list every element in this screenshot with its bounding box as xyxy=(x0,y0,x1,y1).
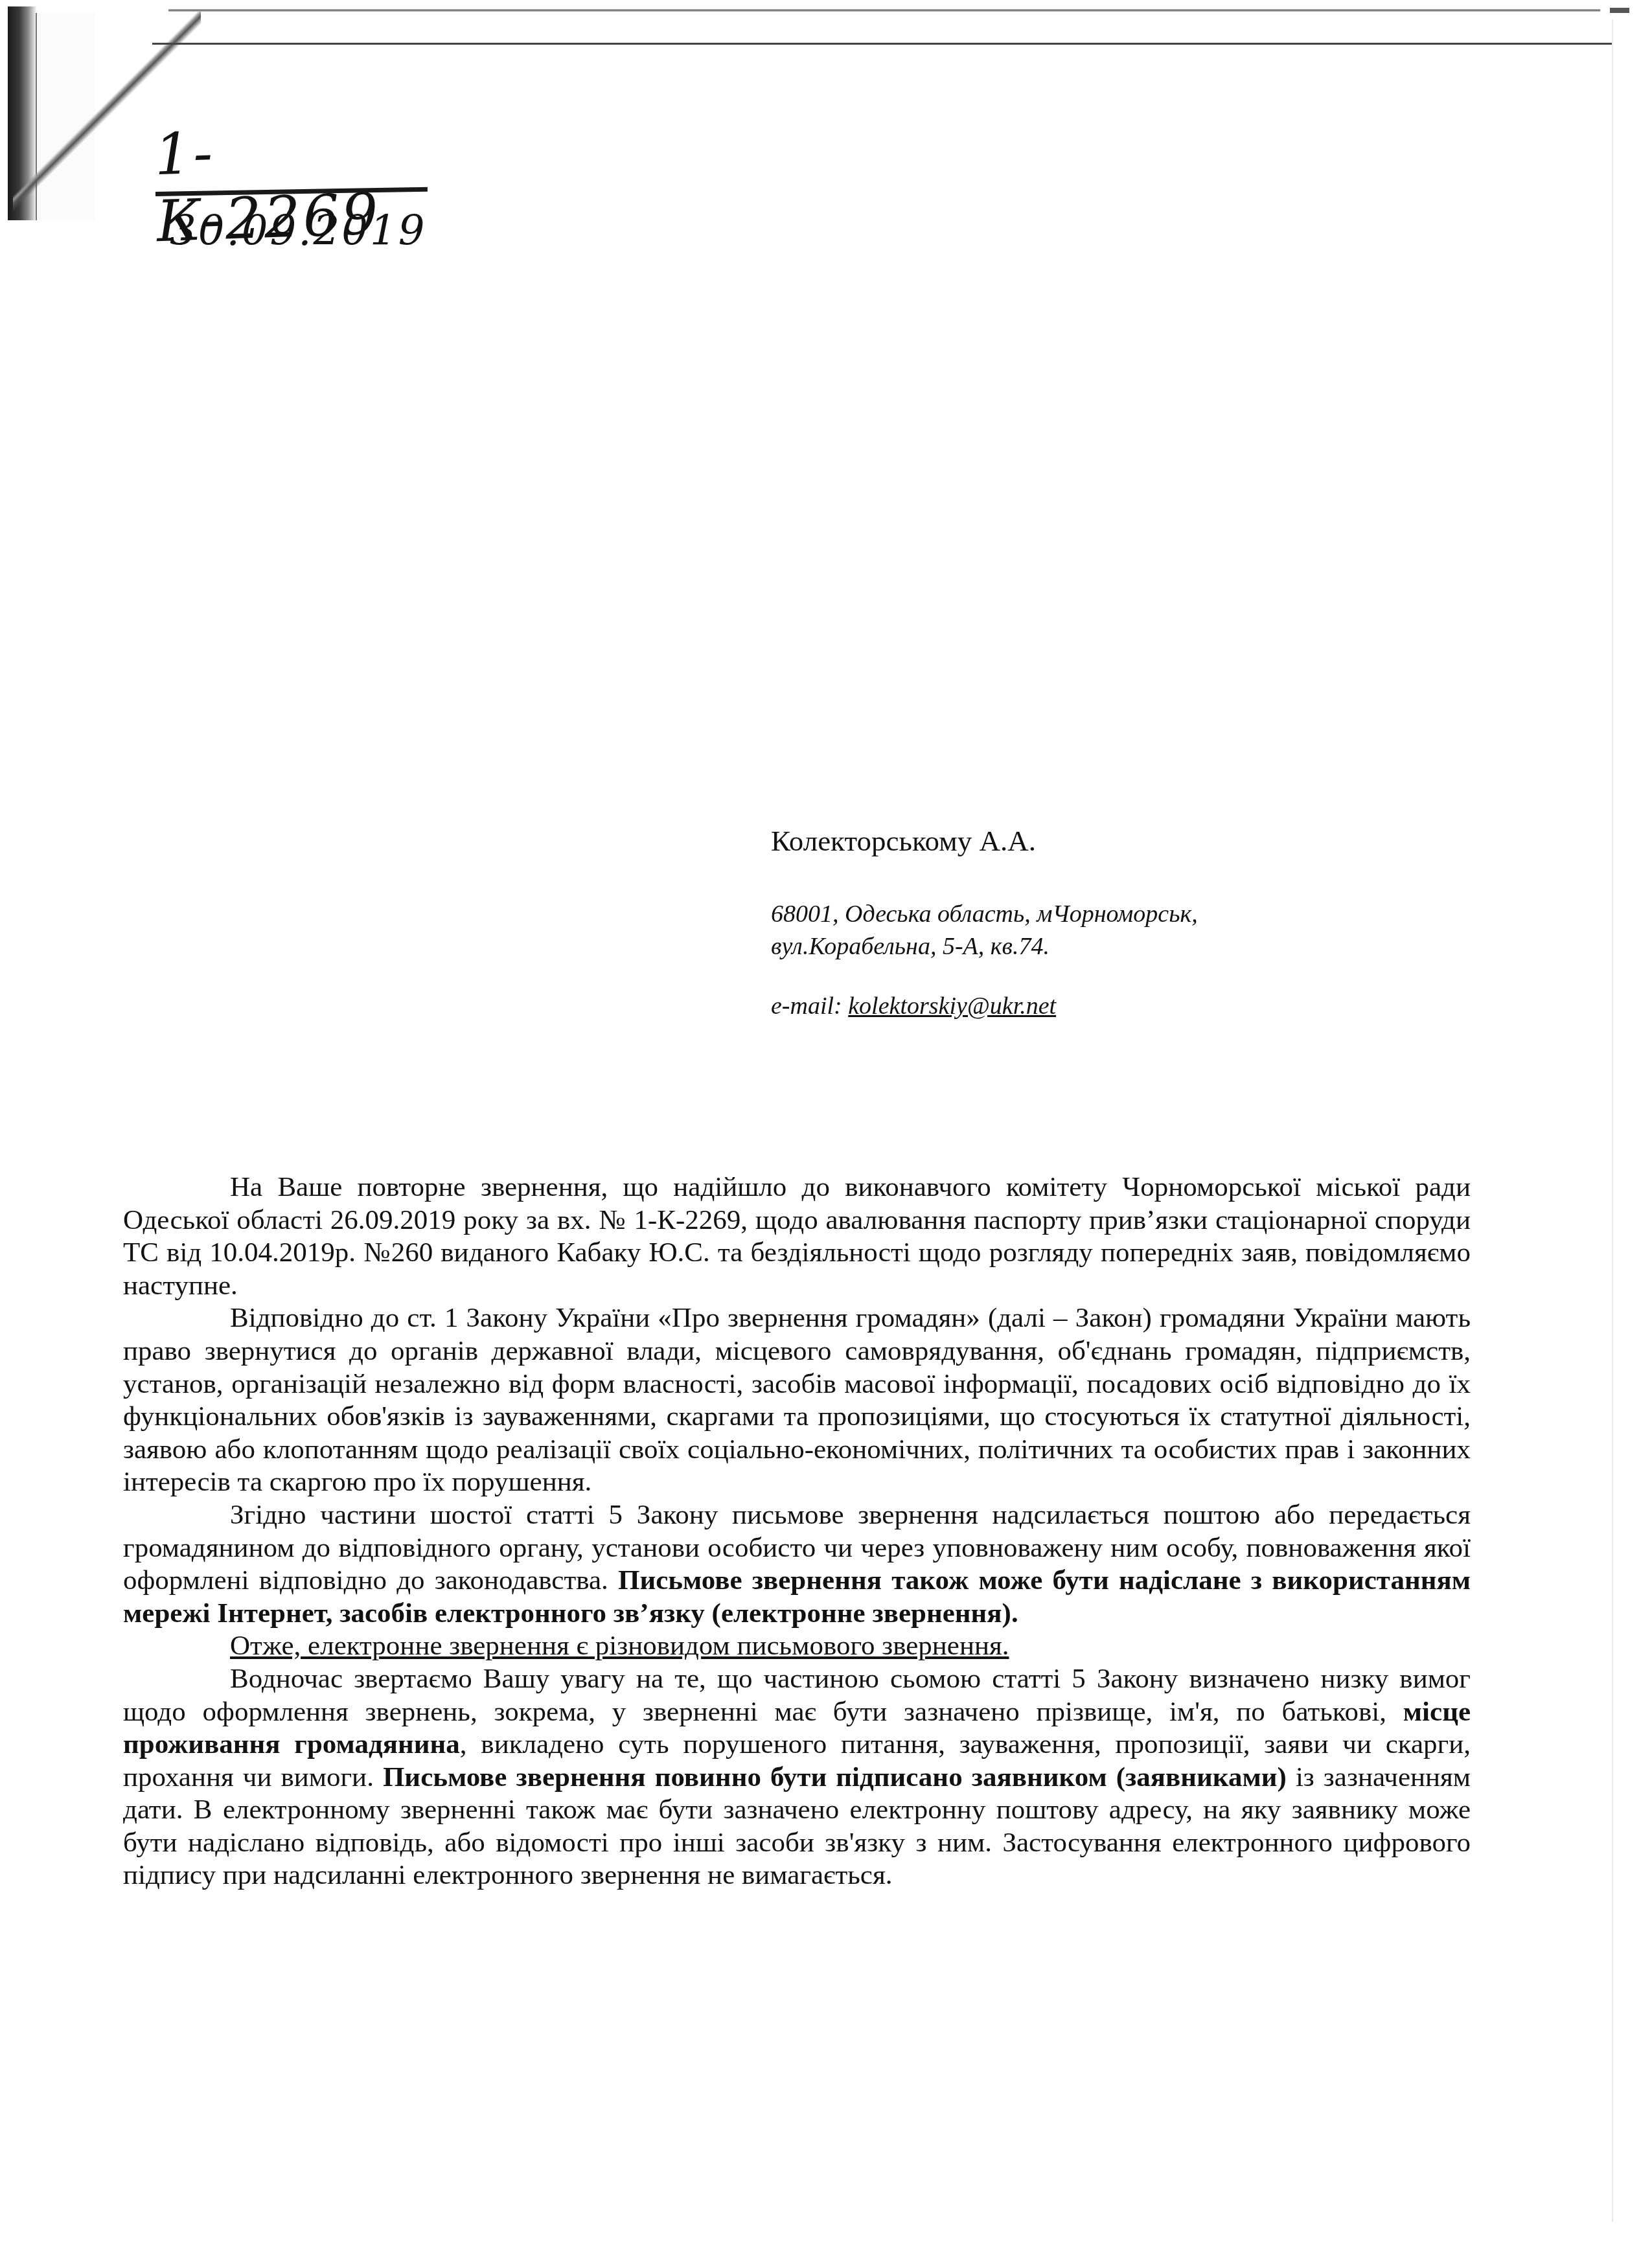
paragraph-text: Водночас звертаємо Вашу увагу на те, що … xyxy=(123,1664,1471,1727)
paragraph-conclusion: Отже, електронне звернення є різновидом … xyxy=(123,1630,1471,1663)
scan-corner-mark xyxy=(1610,8,1629,13)
scan-top-edge xyxy=(168,9,1600,12)
recipient-name: Колекторському А.А. xyxy=(771,823,1484,859)
scan-top-rule xyxy=(152,43,1613,45)
paragraph-intro: На Ваше повторне звернення, що надійшло … xyxy=(123,1171,1471,1302)
underlined-conclusion: Отже, електронне звернення є різновидом … xyxy=(230,1631,1009,1661)
letter-body: На Ваше повторне звернення, що надійшло … xyxy=(123,1171,1471,1892)
scan-right-edge xyxy=(1612,19,1613,2222)
email-label: e-mail: xyxy=(771,992,842,1020)
registration-date: 30.09.2019 xyxy=(170,207,442,255)
paragraph-law-article-1: Відповідно до ст. 1 Закону України «Про … xyxy=(123,1302,1471,1499)
address-line-1: 68001, Одеська область, мЧорноморськ, xyxy=(771,898,1484,930)
recipient-email-row: e-mail: kolektorskiy@ukr.net xyxy=(771,990,1484,1022)
recipient-address: 68001, Одеська область, мЧорноморськ, ву… xyxy=(771,898,1484,963)
emphasis-signature: Письмове звернення повинно бути підписан… xyxy=(383,1762,1287,1793)
recipient-block: Колекторському А.А. 68001, Одеська облас… xyxy=(771,823,1484,1022)
paragraph-requirements: Водночас звертаємо Вашу увагу на те, що … xyxy=(123,1663,1471,1892)
email-link[interactable]: kolektorskiy@ukr.net xyxy=(848,992,1056,1020)
paragraph-law-article-5-part-6: Згідно частини шостої статті 5 Закону пи… xyxy=(123,1499,1471,1630)
address-line-2: вул.Корабельна, 5-А, кв.74. xyxy=(771,930,1484,963)
